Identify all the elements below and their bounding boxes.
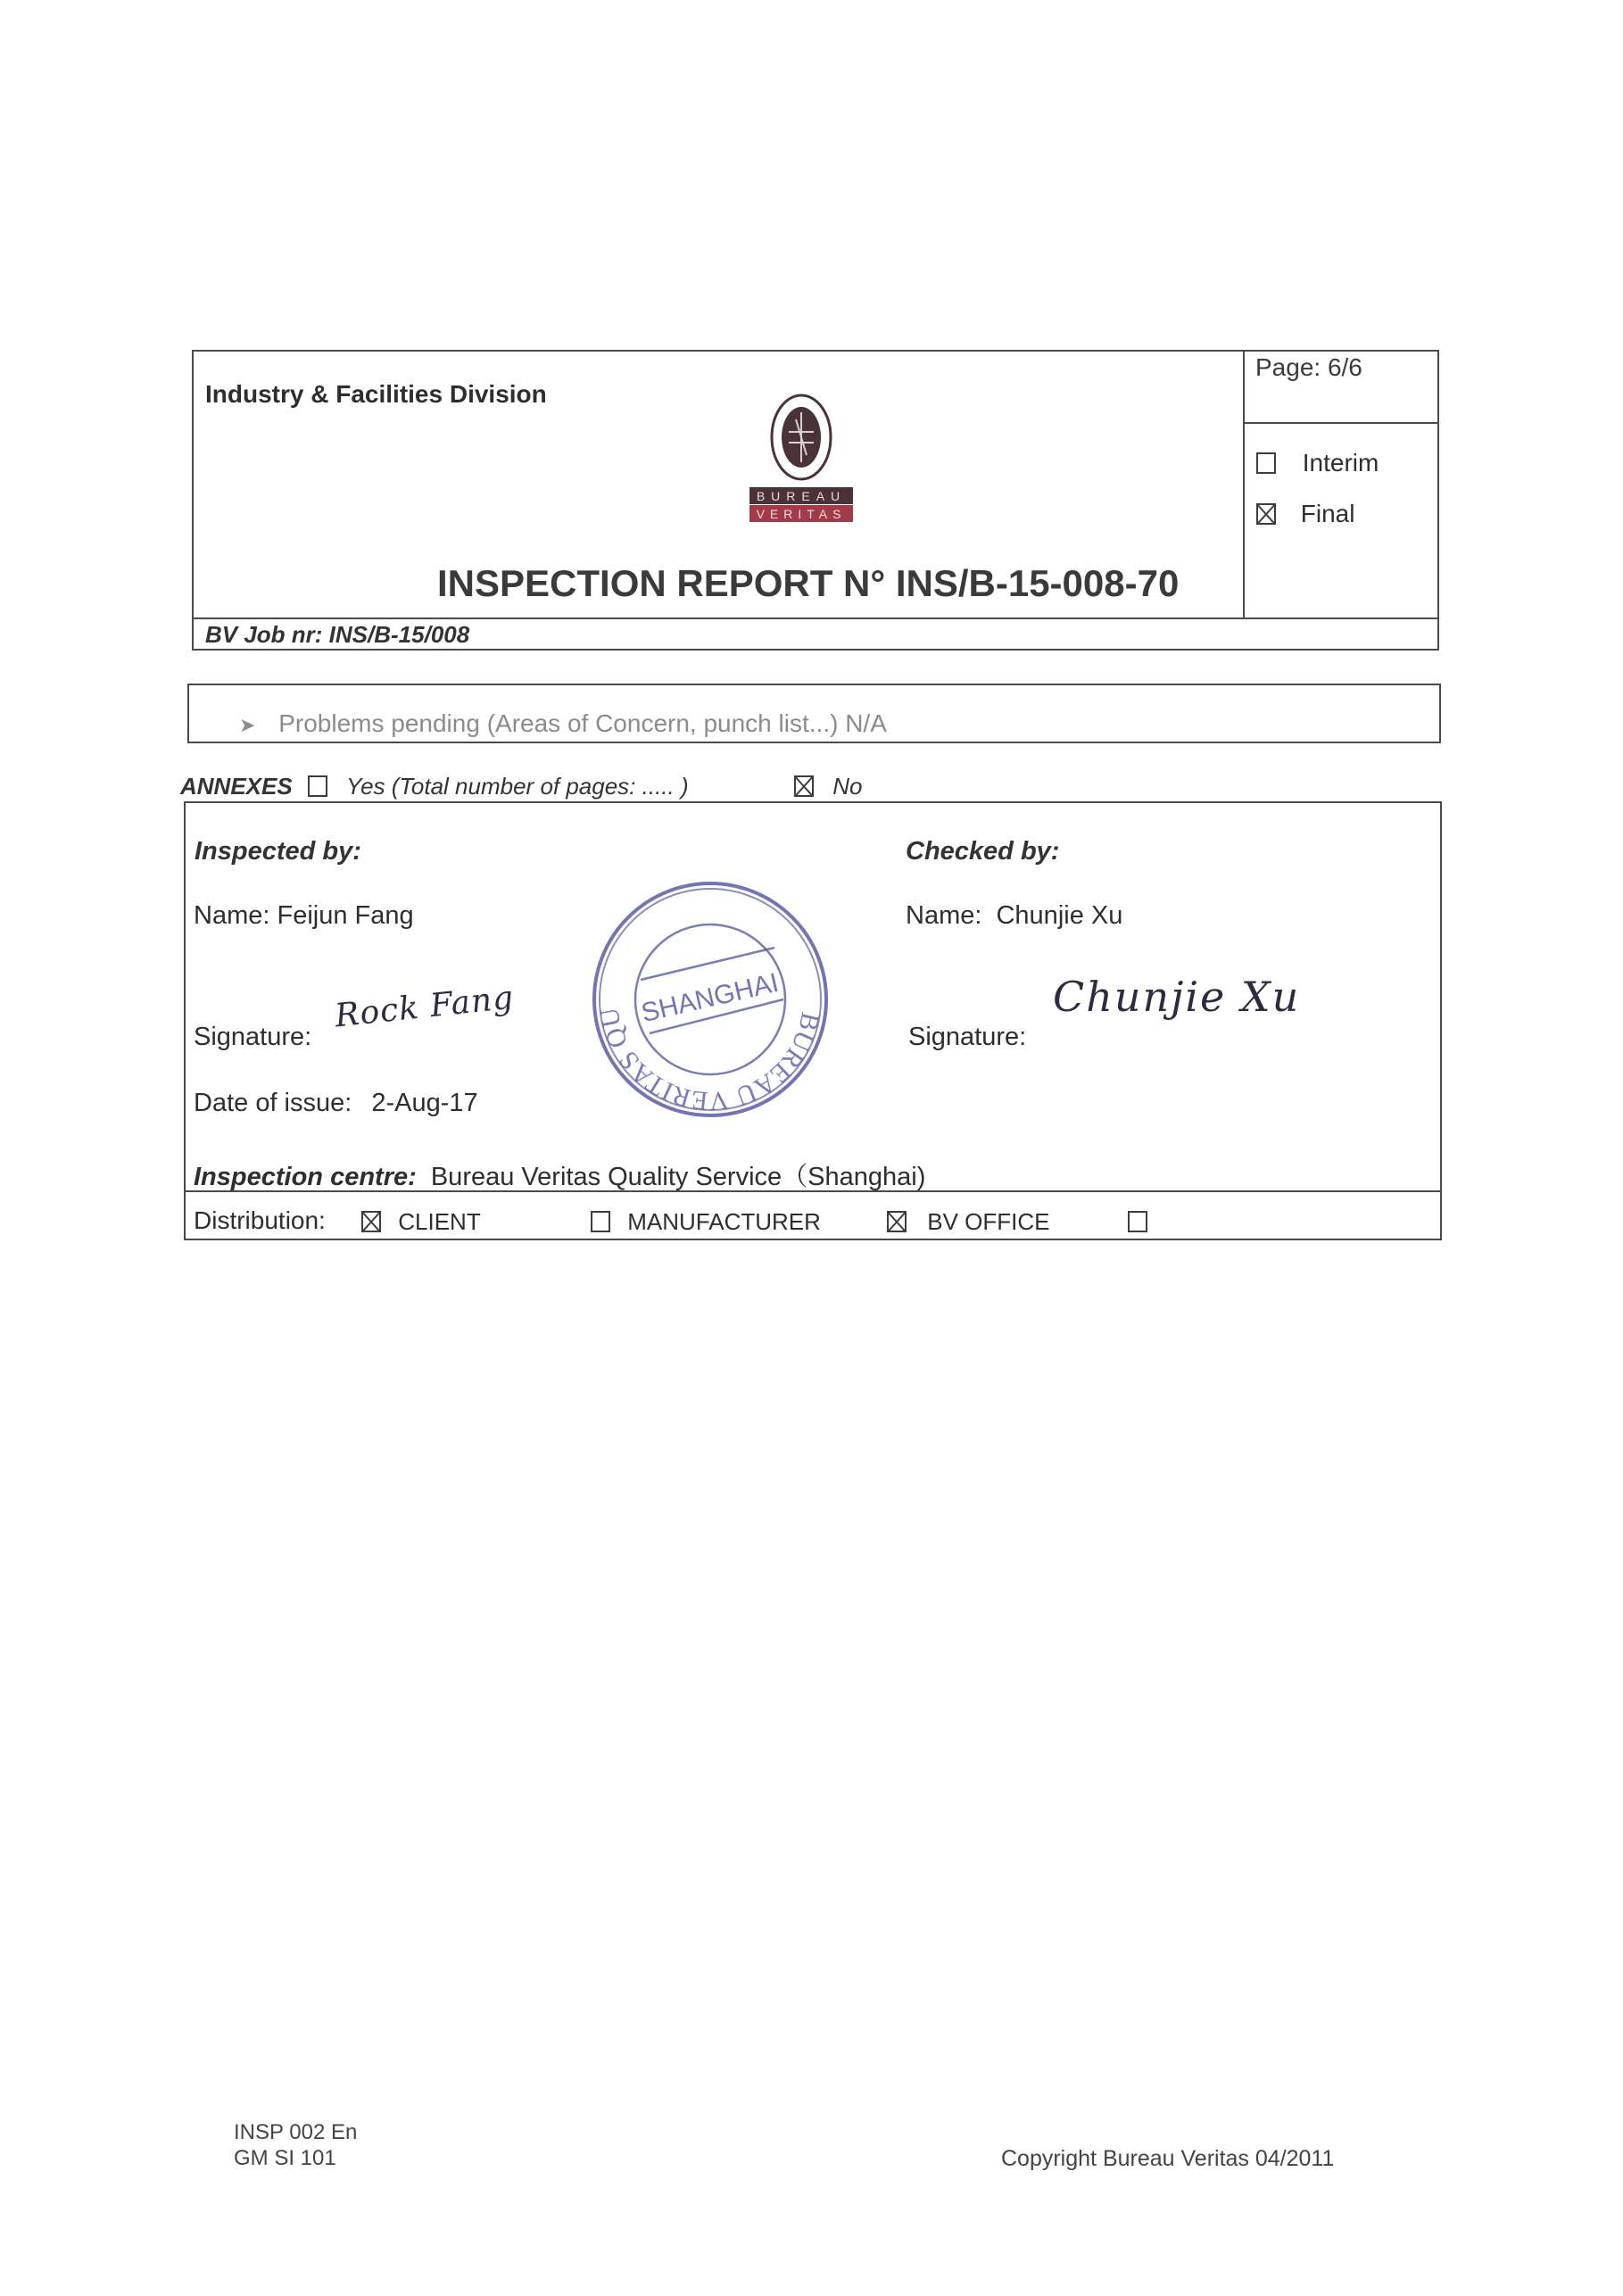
header-divider-page [1243, 422, 1439, 424]
report-title: INSPECTION REPORT N° INS/B-15-008-70 [437, 562, 1179, 605]
checker-name: Chunjie Xu [996, 901, 1122, 930]
checked-by-heading: Checked by: [906, 837, 1059, 866]
final-label: Final [1301, 500, 1355, 527]
final-checkbox[interactable] [1256, 503, 1276, 525]
bureau-veritas-logo: BUREAU VERITAS [746, 393, 857, 525]
bv-office-checkbox[interactable] [887, 1211, 907, 1232]
checker-name-row: Name: Chunjie Xu [906, 901, 1122, 931]
manufacturer-label: MANUFACTURER [627, 1208, 821, 1235]
doc-code: GM SI 101 [234, 2146, 336, 2171]
distribution-manufacturer: MANUFACTURER [591, 1208, 821, 1236]
other-checkbox[interactable] [1128, 1211, 1147, 1232]
annexes-yes-checkbox[interactable] [308, 775, 327, 797]
inspector-name-row: Name: Feijun Fang [194, 901, 414, 931]
date-of-issue-label: Date of issue: [194, 1089, 352, 1117]
division-name: Industry & Facilities Division [205, 380, 547, 409]
distribution-other [1128, 1208, 1147, 1236]
copyright: Copyright Bureau Veritas 04/2011 [1001, 2146, 1334, 2172]
inspector-name-label: Name: [194, 901, 269, 930]
annexes-row: ANNEXES Yes (Total number of pages: ....… [180, 773, 689, 800]
date-of-issue: 2-Aug-17 [371, 1089, 477, 1117]
distribution-client: CLIENT [361, 1208, 481, 1236]
logo-bottom-text: VERITAS [749, 506, 853, 522]
inspection-centre-value: Bureau Veritas Quality Service（Shanghai) [431, 1163, 926, 1191]
status-interim: Interim [1256, 449, 1379, 477]
header-divider-job [192, 618, 1439, 619]
interim-checkbox[interactable] [1256, 452, 1276, 474]
checker-signature: Chunjie Xu [1053, 973, 1300, 1021]
logo-top-text: BUREAU [749, 488, 853, 504]
inspection-centre-row: Inspection centre: Bureau Veritas Qualit… [194, 1156, 925, 1193]
inspector-signature-label: Signature: [194, 1023, 311, 1052]
inspection-centre-label: Inspection centre: [194, 1163, 417, 1191]
client-checkbox[interactable] [361, 1211, 381, 1232]
form-code: INSP 002 En [234, 2120, 357, 2145]
annexes-label: ANNEXES [180, 773, 293, 800]
interim-label: Interim [1303, 449, 1379, 477]
problems-text: Problems pending (Areas of Concern, punc… [278, 709, 887, 737]
date-of-issue-row: Date of issue: 2-Aug-17 [194, 1089, 478, 1118]
annexes-no-label: No [832, 773, 862, 800]
annexes-no: No [794, 773, 862, 800]
annexes-no-checkbox[interactable] [794, 775, 814, 797]
distribution-label: Distribution: [194, 1206, 326, 1235]
arrow-bullet-icon: ➤ [239, 714, 255, 736]
inspected-by-heading: Inspected by: [195, 837, 361, 866]
checker-name-label: Name: [906, 901, 981, 930]
bureau-veritas-logo-icon [746, 393, 857, 525]
status-final: Final [1256, 500, 1354, 528]
annexes-yes-label: Yes (Total number of pages: ..... ) [346, 773, 688, 800]
manufacturer-checkbox[interactable] [591, 1211, 610, 1232]
stamp-seal-icon: BUREAU VERITAS QUALITY SERVICES CO., LTD… [585, 874, 835, 1124]
bv-office-label: BV OFFICE [927, 1208, 1049, 1235]
company-stamp: BUREAU VERITAS QUALITY SERVICES CO., LTD… [585, 874, 835, 1124]
page-indicator: Page: 6/6 [1255, 353, 1362, 382]
job-number: BV Job nr: INS/B-15/008 [205, 621, 469, 649]
header-divider-vertical [1243, 350, 1245, 619]
problems-pending: ➤ Problems pending (Areas of Concern, pu… [239, 709, 887, 738]
inspector-name: Feijun Fang [277, 901, 413, 930]
distribution-bv-office: BV OFFICE [887, 1208, 1049, 1236]
checker-signature-label: Signature: [908, 1023, 1026, 1052]
client-label: CLIENT [398, 1208, 480, 1235]
